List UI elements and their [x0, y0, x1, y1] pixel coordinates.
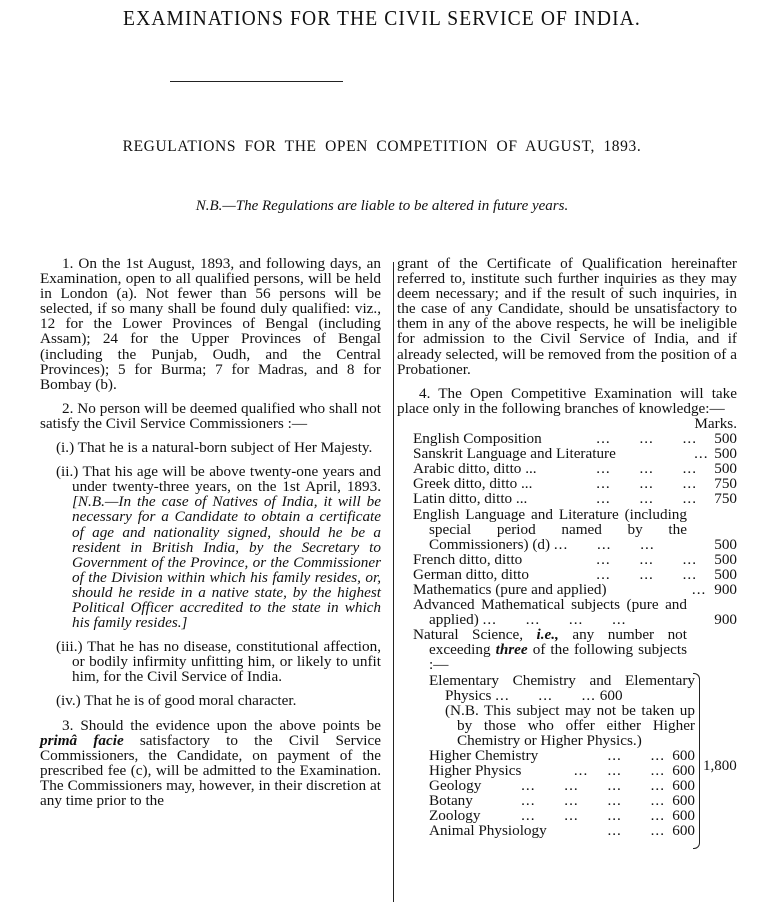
subject-marks: 750: [697, 476, 737, 491]
subject-row-english-literature: English Language and Literature (includi…: [397, 507, 737, 552]
subject-row: Sanskrit Language and Literature ... 500: [397, 446, 737, 461]
subject-name: Higher Physics: [429, 763, 574, 778]
science-row: Higher Physics ... ... ... 600: [397, 763, 695, 778]
subject-marks: 900: [714, 612, 737, 627]
science-row: Higher Chemistry ... ... 600: [397, 748, 695, 763]
condition-number: (iv.): [56, 692, 81, 709]
natural-science-group: Elementary Chemistry and Elementary Phys…: [397, 673, 737, 839]
subject-marks: 600: [665, 778, 695, 793]
science-row: Geology ... ... ... ... 600: [397, 778, 695, 793]
science-row: Zoology ... ... ... ... 600: [397, 808, 695, 823]
condition-i: (i.) That he is a natural-born subject o…: [40, 440, 381, 455]
subject-marks: 500: [697, 461, 737, 476]
title-rule-divider: [170, 81, 343, 82]
subject-marks: 600: [665, 808, 695, 823]
condition-note: [N.B.—In the case of Natives of India, i…: [72, 493, 381, 631]
subject-name: Animal Physiology: [429, 823, 579, 838]
paragraph-4: 4. The Open Competitive Examination will…: [397, 386, 737, 416]
subject-name: Geology: [429, 778, 521, 793]
leader-dots: ...: [607, 582, 707, 597]
document-subtitle: REGULATIONS FOR THE OPEN COMPETITION OF …: [0, 138, 764, 156]
subject-row: Greek ditto, ditto ... ... ... ... 750: [397, 476, 737, 491]
subject-marks: 900: [706, 582, 737, 597]
subject-name: Advanced Mathematical subjects (pure and…: [397, 597, 737, 627]
leader-dots: ... ... ...: [567, 491, 697, 506]
subject-row: French ditto, ditto ... ... ... 500: [397, 552, 737, 567]
marks-column-header: Marks.: [397, 416, 737, 431]
subject-name: Zoology: [429, 808, 521, 823]
subject-marks: 500: [697, 567, 737, 582]
subject-row: Latin ditto, ditto ... ... ... ... 750: [397, 491, 737, 506]
subject-marks: 600: [665, 748, 695, 763]
elementary-science-note: (N.B. This subject may not be taken up b…: [397, 703, 695, 748]
condition-iv: (iv.) That he is of good moral character…: [40, 693, 381, 708]
paragraph-3-continued: grant of the Certificate of Qualificatio…: [397, 256, 737, 377]
leader-dots: ... ... ... ...: [521, 778, 665, 793]
ns-three: three: [496, 641, 528, 658]
subject-name: Botany: [429, 793, 521, 808]
document-title: EXAMINATIONS FOR THE CIVIL SERVICE OF IN…: [27, 6, 738, 31]
subject-row-advanced-math: Advanced Mathematical subjects (pure and…: [397, 597, 737, 627]
leader-dots: ... ... ... ...: [521, 793, 665, 808]
subject-marks: 500: [697, 552, 737, 567]
subject-name: Higher Chemistry: [429, 748, 579, 763]
curly-brace-icon: [693, 673, 700, 849]
subject-row: Arabic ditto, ditto ... ... ... ... 500: [397, 461, 737, 476]
subject-name: Sanskrit Language and Literature: [413, 446, 616, 461]
subject-name: Latin ditto, ditto ...: [413, 491, 567, 506]
subjects-table: English Composition ... ... ... 500 Sans…: [397, 431, 737, 839]
condition-number: (i.): [56, 439, 74, 456]
subject-name: French ditto, ditto: [413, 552, 567, 567]
leader-dots: ... ... ...: [567, 567, 697, 582]
elementary-science-row: Elementary Chemistry and Elementary Phys…: [397, 673, 695, 703]
column-divider: [393, 262, 394, 902]
subject-marks: 500: [714, 537, 737, 552]
condition-text: That his age will be above twenty-one ye…: [72, 463, 381, 495]
subject-marks: 600: [665, 763, 695, 778]
leader-dots: ... ... ...: [567, 461, 697, 476]
subject-name: German ditto, ditto: [413, 567, 567, 582]
subject-name: Mathematics (pure and applied): [413, 582, 607, 597]
leader-dots: ... ...: [579, 823, 665, 838]
subject-row: Mathematics (pure and applied) ... 900: [397, 582, 737, 597]
subject-name: English Language and Literature (includi…: [397, 507, 737, 552]
group-total-marks: 1,800: [703, 759, 737, 774]
leader-dots: ... ... ...: [554, 536, 655, 553]
subject-name: English Composition: [413, 431, 567, 446]
leader-dots: ...: [616, 446, 709, 461]
right-column: grant of the Certificate of Qualificatio…: [397, 256, 737, 839]
leader-dots: ... ... ...: [567, 552, 697, 567]
condition-iii: (iii.) That he has no disease, constitut…: [40, 639, 381, 684]
condition-text: That he is of good moral character.: [84, 692, 296, 709]
subject-marks: 500: [697, 431, 737, 446]
condition-text: That he has no disease, constitutional a…: [72, 638, 381, 685]
subject-marks: 600: [665, 793, 695, 808]
leader-dots: ... ... ...: [567, 431, 697, 446]
subject-marks: 600: [665, 823, 695, 838]
subject-row: English Composition ... ... ... 500: [397, 431, 737, 446]
subject-name: Greek ditto, ditto ...: [413, 476, 567, 491]
subject-marks: 750: [697, 491, 737, 506]
subject-row: German ditto, ditto ... ... ... 500: [397, 567, 737, 582]
subject-marks: 500: [709, 446, 738, 461]
leader-dots: ... ... ... ...: [521, 808, 665, 823]
leader-dots: ... ... ...: [574, 763, 665, 778]
science-row: Animal Physiology ... ... 600: [397, 823, 695, 838]
natural-science-intro: Natural Science, i.e., any number not ex…: [397, 627, 737, 672]
leader-dots: ... ... ... ...: [483, 611, 627, 628]
condition-text: That he is a natural-born subject of Her…: [78, 439, 373, 456]
science-row: Botany ... ... ... ... 600: [397, 793, 695, 808]
paragraph-2: 2. No person will be deemed qualified wh…: [40, 401, 381, 431]
paragraph-1: 1. On the 1st August, 1893, and followin…: [40, 256, 381, 392]
leader-dots: ... ... ...: [567, 476, 697, 491]
condition-ii: (ii.) That his age will be above twenty-…: [40, 464, 381, 630]
leader-dots: ... ...: [579, 748, 665, 763]
notice-text: N.B.—The Regulations are liable to be al…: [0, 198, 764, 215]
paragraph-3: 3. Should the evidence upon the above po…: [40, 718, 381, 809]
left-column: 1. On the 1st August, 1893, and followin…: [40, 256, 381, 808]
subject-name: Arabic ditto, ditto ...: [413, 461, 567, 476]
